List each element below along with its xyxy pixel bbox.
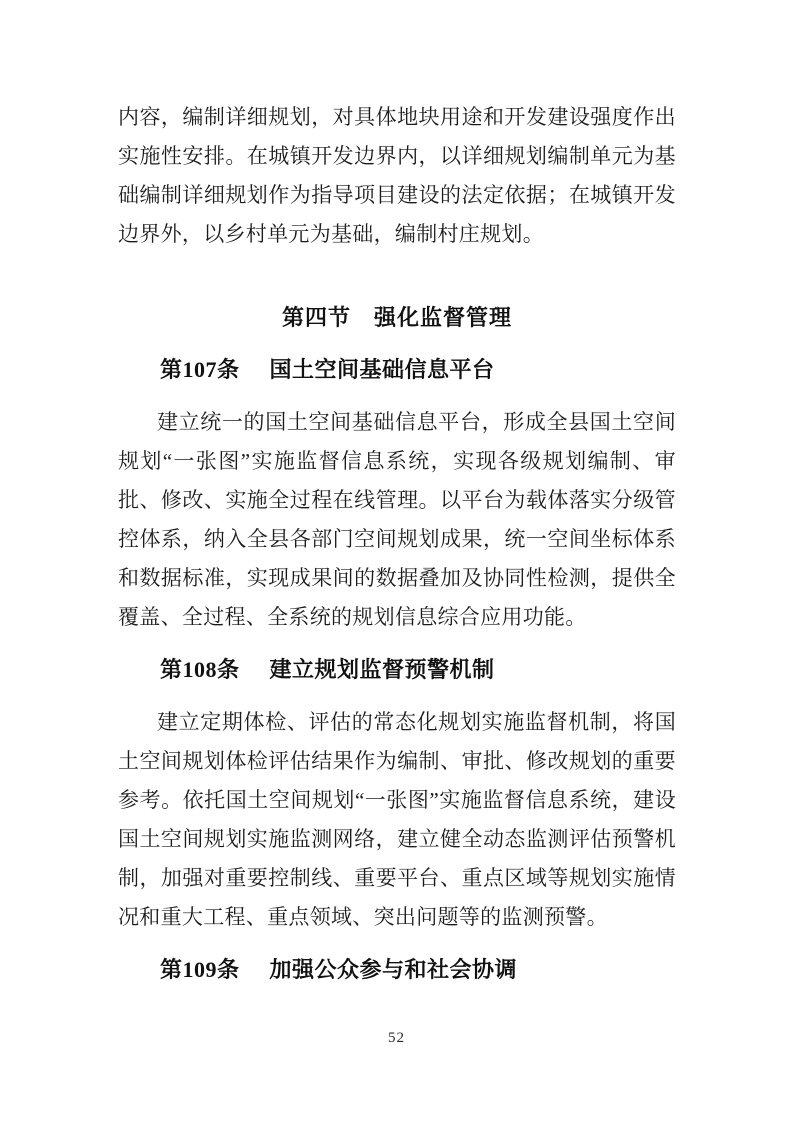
- article-number-109: 第109条: [160, 957, 240, 982]
- article-body-108: 建立定期体检、评估的常态化规划实施监督机制，将国土空间规划体检评估结果作为编制、…: [118, 703, 676, 937]
- article-heading-107: 第107条国土空间基础信息平台: [118, 350, 676, 389]
- article-title-107: 国土空间基础信息平台: [270, 357, 495, 382]
- article-number-108: 第108条: [160, 657, 240, 682]
- article-number-107: 第107条: [160, 357, 240, 382]
- intro-paragraph: 内容，编制详细规划，对具体地块用途和开发建设强度作出实施性安排。在城镇开发边界内…: [118, 98, 676, 254]
- page-number: 52: [0, 1030, 793, 1047]
- article-title-109: 加强公众参与和社会协调: [270, 957, 518, 982]
- article-body-107: 建立统一的国土空间基础信息平台，形成全县国土空间规划“一张图”实施监督信息系统，…: [118, 403, 676, 637]
- article-heading-109: 第109条加强公众参与和社会协调: [118, 950, 676, 989]
- article-title-108: 建立规划监督预警机制: [270, 657, 495, 682]
- section-heading: 第四节 强化监督管理: [118, 298, 676, 337]
- article-heading-108: 第108条建立规划监督预警机制: [118, 650, 676, 689]
- document-page: 内容，编制详细规划，对具体地块用途和开发建设强度作出实施性安排。在城镇开发边界内…: [0, 0, 793, 1122]
